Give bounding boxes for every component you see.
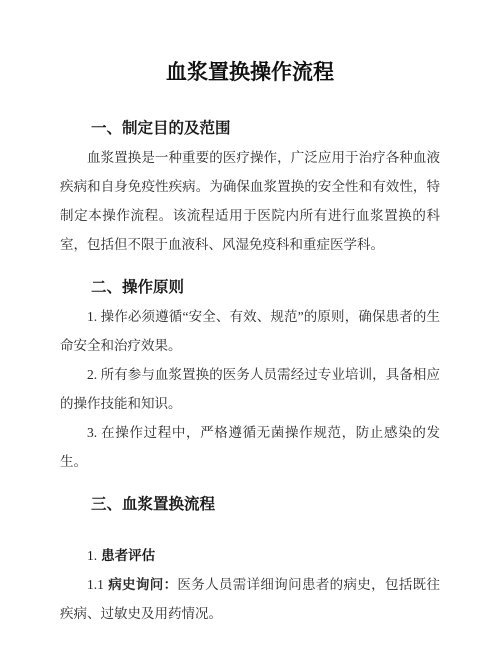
subsection-patient-assessment: 1.患者评估 <box>60 541 440 570</box>
entry-label: 病史询问： <box>108 577 178 592</box>
subsection-title: 患者评估 <box>101 548 155 563</box>
section-purpose-scope: 一、制定目的及范围 血浆置换是一种重要的医疗操作，广泛应用于治疗各种血液疾病和自… <box>60 114 440 259</box>
entry-number: 1.1 <box>87 577 104 592</box>
section-heading-procedure: 三、血浆置换流程 <box>60 490 440 519</box>
section-procedure: 三、血浆置换流程 1.患者评估 1.1病史询问：医务人员需详细询问患者的病史，包… <box>60 490 440 628</box>
subsection-number: 1. <box>87 548 97 563</box>
section-heading-principles: 二、操作原则 <box>60 273 440 302</box>
principle-item-2: 2. 所有参与血浆置换的医务人员需经过专业培训，具备相应的操作技能和知识。 <box>60 360 440 418</box>
section-principles: 二、操作原则 1. 操作必须遵循“安全、有效、规范”的原则，确保患者的生命安全和… <box>60 273 440 476</box>
entry-history-inquiry: 1.1病史询问：医务人员需详细询问患者的病史，包括既往疾病、过敏史及用药情况。 <box>60 570 440 628</box>
document-page: 血浆置换操作流程 一、制定目的及范围 血浆置换是一种重要的医疗操作，广泛应用于治… <box>0 0 500 647</box>
paragraph-purpose-scope: 血浆置换是一种重要的医疗操作，广泛应用于治疗各种血液疾病和自身免疫性疾病。为确保… <box>60 143 440 259</box>
principle-item-3: 3. 在操作过程中，严格遵循无菌操作规范，防止感染的发生。 <box>60 418 440 476</box>
principle-item-1: 1. 操作必须遵循“安全、有效、规范”的原则，确保患者的生命安全和治疗效果。 <box>60 302 440 360</box>
document-title: 血浆置换操作流程 <box>60 60 440 86</box>
section-heading-purpose-scope: 一、制定目的及范围 <box>60 114 440 143</box>
